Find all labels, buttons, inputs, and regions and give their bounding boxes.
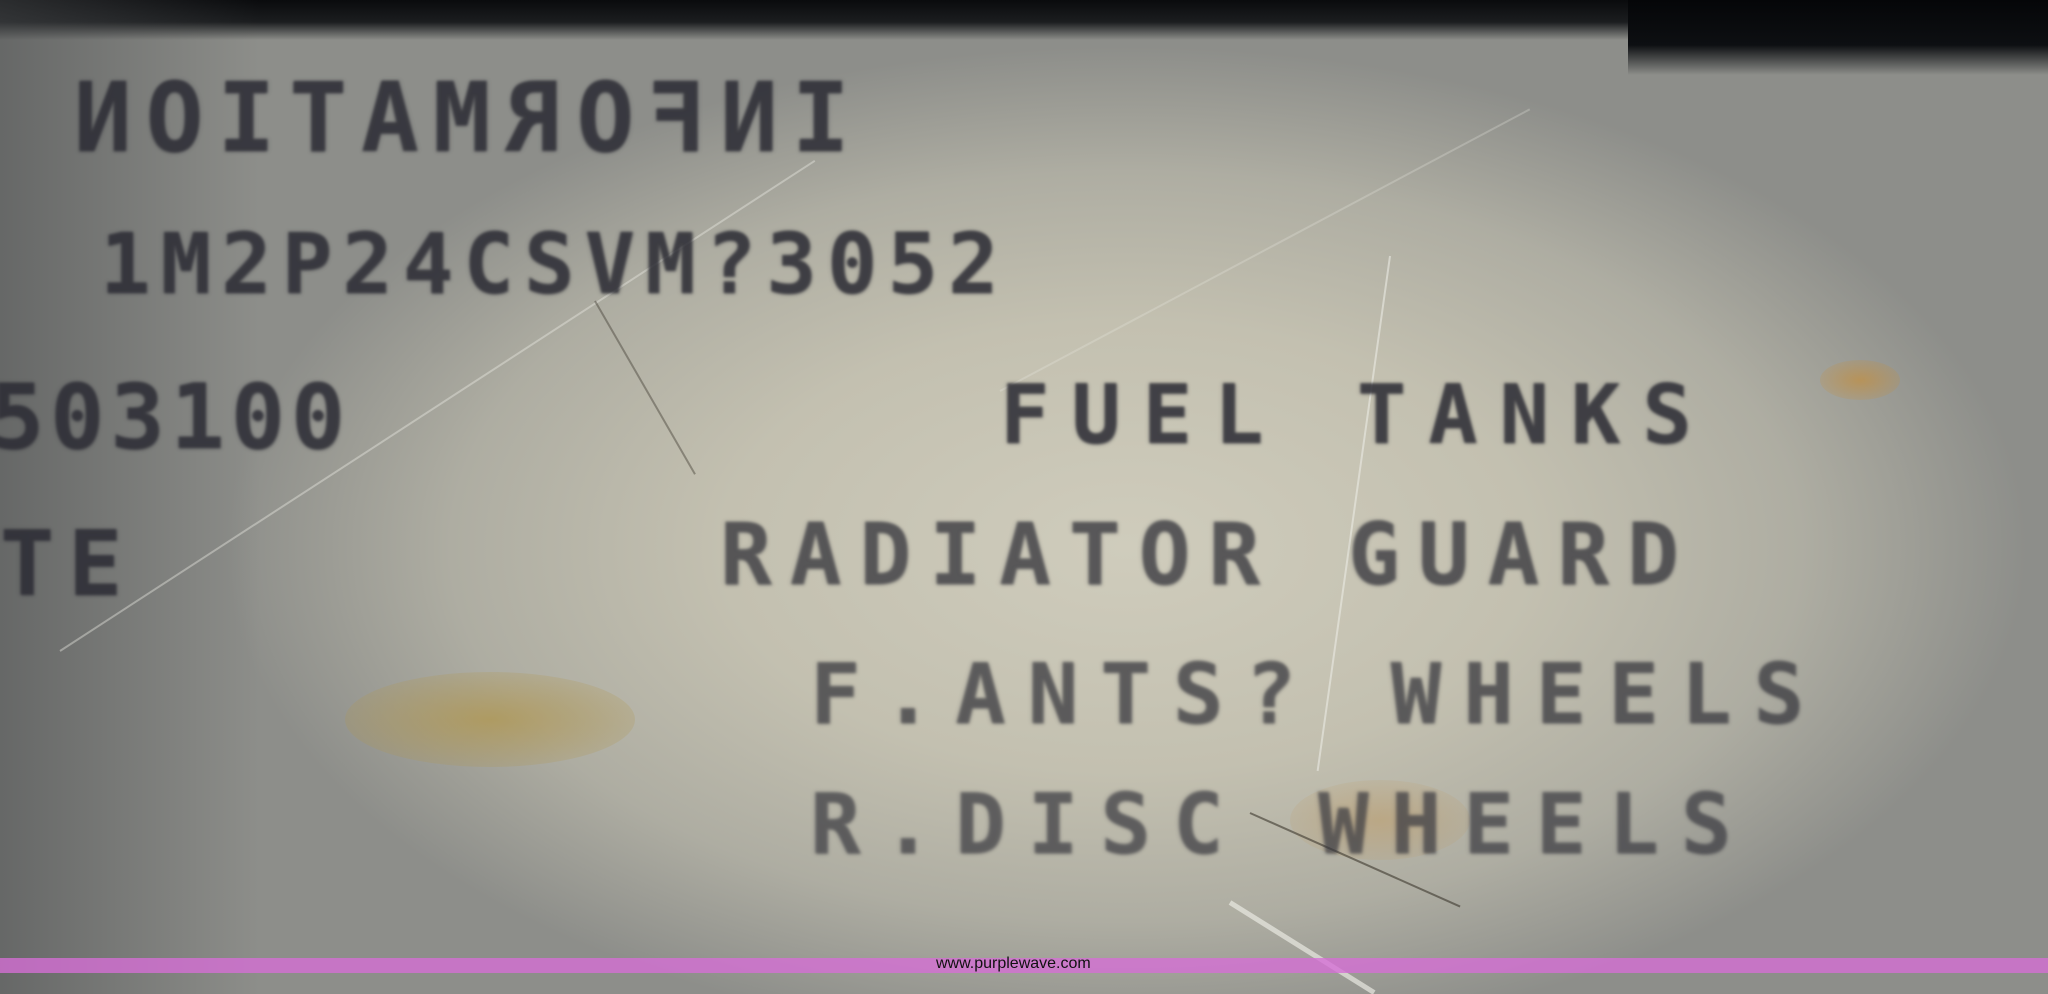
scratch xyxy=(594,301,696,475)
label-line-number: 503100 xyxy=(0,365,351,470)
label-line-fragment: TE xyxy=(0,512,136,617)
label-line-information: INFORMATION xyxy=(60,62,850,174)
stain xyxy=(1820,360,1900,400)
label-line-rear-wheels: R.DISC WHEELS xyxy=(810,775,1753,873)
stain xyxy=(345,672,635,767)
label-line-front-wheels: F.ANTS? WHEELS xyxy=(810,645,1826,743)
scratch xyxy=(1000,108,1531,391)
label-photo: INFORMATION 1M2P24CSVM?3052 503100 FUEL … xyxy=(0,0,2048,994)
top-shadow-right xyxy=(1628,0,2048,75)
label-line-fuel-tanks: FUEL TANKS xyxy=(1000,368,1714,463)
scratch xyxy=(1229,900,1376,994)
label-line-radiator-guard: RADIATOR GUARD xyxy=(720,505,1697,605)
watermark-text: www.purplewave.com xyxy=(936,955,1091,973)
label-line-serial: 1M2P24CSVM?3052 xyxy=(100,215,1009,313)
